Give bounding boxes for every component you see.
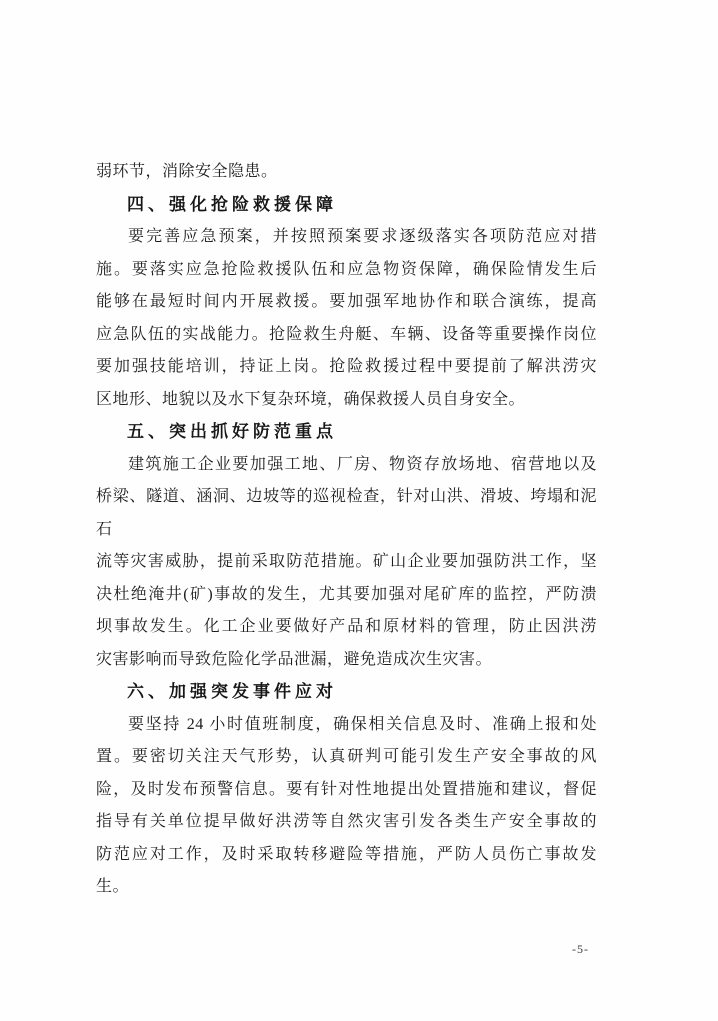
- paragraph-line: 生。: [96, 871, 597, 904]
- section-key-prevention-points: 五、突出抓好防范重点 建筑施工企业要加强工地、厂房、物资存放场地、宿营地以及 桥…: [96, 416, 597, 676]
- section-heading: 四、强化抢险救援保障: [127, 189, 597, 222]
- document-page: 弱环节，消除安全隐患。 四、强化抢险救援保障 要完善应急预案，并按照预案要求逐级…: [0, 0, 718, 1021]
- paragraph-line: 桥梁、隧道、涵洞、边坡等的巡视检查，针对山洪、滑坡、垮塌和泥石: [96, 481, 597, 546]
- paragraph-line: 险，及时发布预警信息。要有针对性地提出处置措施和建议，督促: [96, 774, 597, 807]
- paragraph-line: 要坚持 24 小时值班制度，确保相关信息及时、准确上报和处: [96, 709, 597, 742]
- continuation-paragraph-line: 弱环节，消除安全隐患。: [96, 156, 597, 189]
- paragraph-line: 指导有关单位提早做好洪涝等自然灾害引发各类生产安全事故的: [96, 806, 597, 839]
- paragraph-line: 灾害影响而导致危险化学品泄漏，避免造成次生灾害。: [96, 644, 597, 677]
- section-strengthen-rescue-support: 四、强化抢险救援保障 要完善应急预案，并按照预案要求逐级落实各项防范应对措 施。…: [96, 189, 597, 417]
- section-paragraph: 建筑施工企业要加强工地、厂房、物资存放场地、宿营地以及 桥梁、隧道、涵洞、边坡等…: [96, 449, 597, 677]
- paragraph-line: 应急队伍的实战能力。抢险救生舟艇、车辆、设备等重要操作岗位: [96, 319, 597, 352]
- paragraph-line: 能够在最短时间内开展救援。要加强军地协作和联合演练，提高: [96, 286, 597, 319]
- paragraph-line: 区地形、地貌以及水下复杂环境，确保救援人员自身安全。: [96, 384, 597, 417]
- paragraph-line: 坝事故发生。化工企业要做好产品和原材料的管理，防止因洪涝: [96, 611, 597, 644]
- paragraph-line: 施。要落实应急抢险救援队伍和应急物资保障，确保险情发生后: [96, 254, 597, 287]
- paragraph-line: 流等灾害威胁，提前采取防范措施。矿山企业要加强防洪工作，坚: [96, 546, 597, 579]
- section-heading: 五、突出抓好防范重点: [127, 416, 597, 449]
- section-heading: 六、加强突发事件应对: [127, 676, 597, 709]
- paragraph-line: 防范应对工作，及时采取转移避险等措施，严防人员伤亡事故发: [96, 839, 597, 872]
- section-emergency-response: 六、加强突发事件应对 要坚持 24 小时值班制度，确保相关信息及时、准确上报和处…: [96, 676, 597, 904]
- section-paragraph: 要完善应急预案，并按照预案要求逐级落实各项防范应对措 施。要落实应急抢险救援队伍…: [96, 221, 597, 416]
- paragraph-line: 决杜绝淹井(矿)事故的发生，尤其要加强对尾矿库的监控，严防溃: [96, 579, 597, 612]
- paragraph-line: 要完善应急预案，并按照预案要求逐级落实各项防范应对措: [96, 221, 597, 254]
- paragraph-line: 要加强技能培训，持证上岗。抢险救援过程中要提前了解洪涝灾: [96, 351, 597, 384]
- page-number: -5-: [572, 941, 589, 957]
- section-paragraph: 要坚持 24 小时值班制度，确保相关信息及时、准确上报和处 置。要密切关注天气形…: [96, 709, 597, 904]
- paragraph-line: 置。要密切关注天气形势，认真研判可能引发生产安全事故的风: [96, 741, 597, 774]
- document-body: 弱环节，消除安全隐患。 四、强化抢险救援保障 要完善应急预案，并按照预案要求逐级…: [96, 156, 597, 904]
- paragraph-line: 建筑施工企业要加强工地、厂房、物资存放场地、宿营地以及: [96, 449, 597, 482]
